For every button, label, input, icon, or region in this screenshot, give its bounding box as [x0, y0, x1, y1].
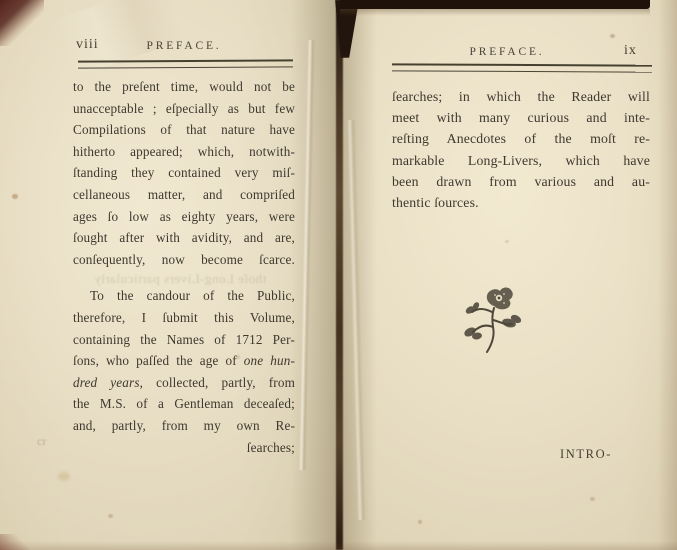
- binding-fold-line: [336, 0, 343, 550]
- corner-shadow-top-left: [0, 0, 44, 46]
- floral-ornament-icon: [452, 282, 528, 358]
- preface-text-left: to the preſent time, would not be unacce…: [73, 76, 295, 458]
- italic-phrase: one hun-: [244, 353, 295, 368]
- right-page: [337, 0, 677, 550]
- preface-text-right: ſearches; in which the Reader will meet …: [392, 86, 650, 213]
- foxing-spot: [12, 194, 18, 199]
- margin-mark: cr: [37, 434, 46, 449]
- paragraph: To the candour of the Public, therefore,…: [73, 285, 295, 458]
- catchword-intro: INTRO-: [540, 447, 612, 462]
- text-line: to the preſent time, would not be: [73, 76, 295, 98]
- text-line: meet with many curious and inte-: [392, 107, 650, 128]
- text-line: dred years, collected, partly, from: [73, 372, 295, 394]
- binding-top-edge: [340, 0, 650, 9]
- foxing-spot: [418, 520, 422, 524]
- binding-top-edge-shadow: [340, 9, 650, 16]
- foxing-spot: [610, 34, 615, 38]
- scan-bottom-shadow: [0, 541, 677, 550]
- foxing-spot: [108, 514, 113, 518]
- text-line: thentic ſources.: [392, 192, 650, 213]
- text-line: ſons, who paſſed the age of one hun-: [73, 350, 295, 372]
- text-line: the M.S. of a Gentleman deceaſed;: [73, 393, 295, 415]
- corner-shadow-bottom-left: [0, 534, 30, 550]
- text-line: ſought after with avidity, and are,: [73, 227, 295, 249]
- text-line: cellaneous matter, and compriſed: [73, 184, 295, 206]
- text-line: Compilations of that nature have: [73, 119, 295, 141]
- text-segment: ſons, who paſſed the age of: [73, 353, 244, 368]
- text-line: unacceptable ; eſpecially as but few: [73, 98, 295, 120]
- text-line: reſting Anecdotes of the moſt re-: [392, 128, 650, 149]
- text-line: therefore, I ſubmit this Volume,: [73, 307, 295, 329]
- book-scan: viii PREFACE. thoſe Long-Livers particul…: [0, 0, 677, 550]
- text-line: and, partly, from my own Re-: [73, 415, 295, 437]
- running-title-right: PREFACE.: [392, 46, 622, 58]
- text-line: ſtanding they contained very miſ-: [73, 162, 295, 184]
- text-segment: , collected, partly, from: [140, 375, 295, 390]
- italic-phrase: dred years: [73, 375, 140, 390]
- header-rule-right: [392, 63, 652, 72]
- text-line: been drawn from various and au-: [392, 171, 650, 192]
- text-line: ages ſo low as eighty years, were: [73, 206, 295, 228]
- running-title-left: PREFACE.: [73, 40, 295, 52]
- foxing-spot: [505, 240, 509, 243]
- text-line: hitherto appeared; which, notwith-: [73, 141, 295, 163]
- catchword-searches: ſearches;: [73, 437, 295, 459]
- scan-right-shadow: [658, 0, 677, 550]
- foxing-spot: [590, 497, 595, 501]
- paragraph: to the preſent time, would not be unacce…: [73, 76, 295, 270]
- header-rule-left: [78, 59, 293, 68]
- foxing-spot: [58, 472, 70, 481]
- page-number-ix: ix: [624, 43, 637, 59]
- text-line: To the candour of the Public,: [73, 285, 295, 307]
- text-line: conſequently, now become ſcarce.: [73, 249, 295, 271]
- text-line: markable Long-Livers, which have: [392, 150, 650, 171]
- text-line: containing the Names of 1712 Per-: [73, 329, 295, 351]
- text-line: ſearches; in which the Reader will: [392, 86, 650, 107]
